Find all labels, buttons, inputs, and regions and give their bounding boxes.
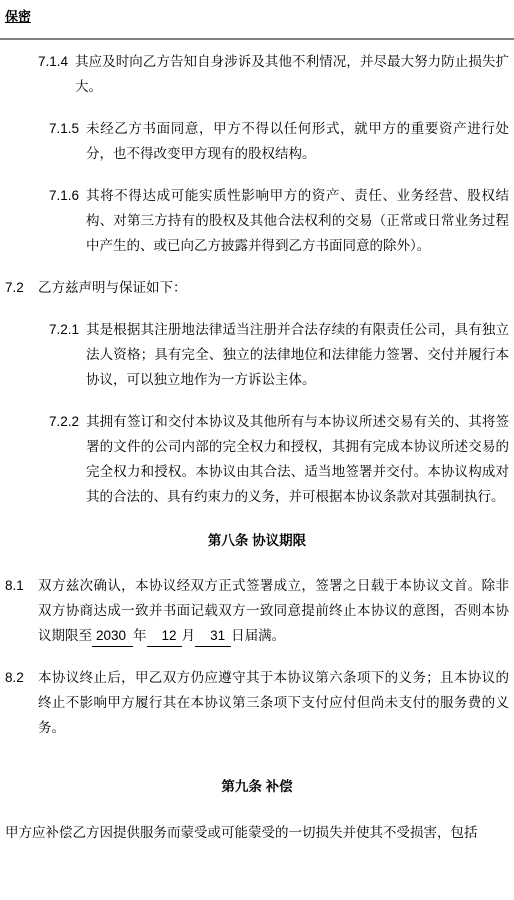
contract-body: 7.1.4 其应及时向乙方告知自身涉诉及其他不利情况，并尽最大努力防止损失扩大。…: [5, 40, 509, 845]
clause-number: 7.1.4: [38, 49, 75, 99]
clause-8-2: 8.2 本协议终止后，甲乙双方仍应遵守其于本协议第六条项下的义务；且本协议的终止…: [5, 665, 509, 740]
closing-paragraph: 甲方应补偿乙方因提供服务而蒙受或可能蒙受的一切损失并使其不受损害，包括: [5, 820, 509, 845]
article-8-heading: 第八条 协议期限: [5, 528, 509, 553]
clause-text: 双方兹次确认，本协议经双方正式签署成立，签署之日载于本协议文首。除非双方协商达成…: [38, 573, 509, 648]
term-year-blank: 2030: [92, 626, 133, 647]
clause-number: 7.2: [5, 275, 38, 300]
clause-number: 7.2.2: [49, 409, 86, 509]
clause-number: 8.1: [5, 573, 38, 648]
clause-7-2: 7.2 乙方兹声明与保证如下：: [5, 275, 509, 300]
article-9-heading: 第九条 补偿: [5, 774, 509, 799]
page-header: 保密: [5, 4, 509, 29]
clause-text: 其是根据其注册地法律适当注册并合法存续的有限责任公司，具有独立法人资格；具有完全…: [86, 317, 509, 392]
clause-text: 其拥有签订和交付本协议及其他所有与本协议所述交易有关的、其将签署的文件的公司内部…: [86, 409, 509, 509]
clause-7-1-4: 7.1.4 其应及时向乙方告知自身涉诉及其他不利情况，并尽最大努力防止损失扩大。: [38, 49, 509, 99]
term-text-after: 日届满。: [231, 628, 285, 643]
clause-text: 乙方兹声明与保证如下：: [38, 275, 509, 300]
clause-text: 其应及时向乙方告知自身涉诉及其他不利情况，并尽最大努力防止损失扩大。: [75, 49, 509, 99]
clause-number: 7.1.6: [49, 183, 86, 258]
clause-text: 本协议终止后，甲乙双方仍应遵守其于本协议第六条项下的义务；且本协议的终止不影响甲…: [38, 665, 509, 740]
clause-text: 其将不得达成可能实质性影响甲方的资产、责任、业务经营、股权结构、对第三方持有的股…: [86, 183, 509, 258]
term-year-unit: 年: [133, 628, 147, 643]
term-month-blank: 12: [147, 626, 182, 647]
clause-number: 8.2: [5, 665, 38, 740]
clause-7-2-2: 7.2.2 其拥有签订和交付本协议及其他所有与本协议所述交易有关的、其将签署的文…: [49, 409, 509, 509]
term-month-unit: 月: [182, 628, 196, 643]
clause-number: 7.1.5: [49, 116, 86, 166]
clause-8-1: 8.1 双方兹次确认，本协议经双方正式签署成立，签署之日载于本协议文首。除非双方…: [5, 573, 509, 648]
clause-7-1-5: 7.1.5 未经乙方书面同意，甲方不得以任何形式，就甲方的重要资产进行处分，也不…: [49, 116, 509, 166]
clause-7-1-6: 7.1.6 其将不得达成可能实质性影响甲方的资产、责任、业务经营、股权结构、对第…: [49, 183, 509, 258]
clause-7-2-1: 7.2.1 其是根据其注册地法律适当注册并合法存续的有限责任公司，具有独立法人资…: [49, 317, 509, 392]
document-page: 保密 7.1.4 其应及时向乙方告知自身涉诉及其他不利情况，并尽最大努力防止损失…: [0, 0, 514, 845]
clause-number: 7.2.1: [49, 317, 86, 392]
confidential-label: 保密: [5, 7, 31, 27]
term-day-blank: 31: [195, 626, 231, 647]
clause-text: 未经乙方书面同意，甲方不得以任何形式，就甲方的重要资产进行处分，也不得改变甲方现…: [86, 116, 509, 166]
